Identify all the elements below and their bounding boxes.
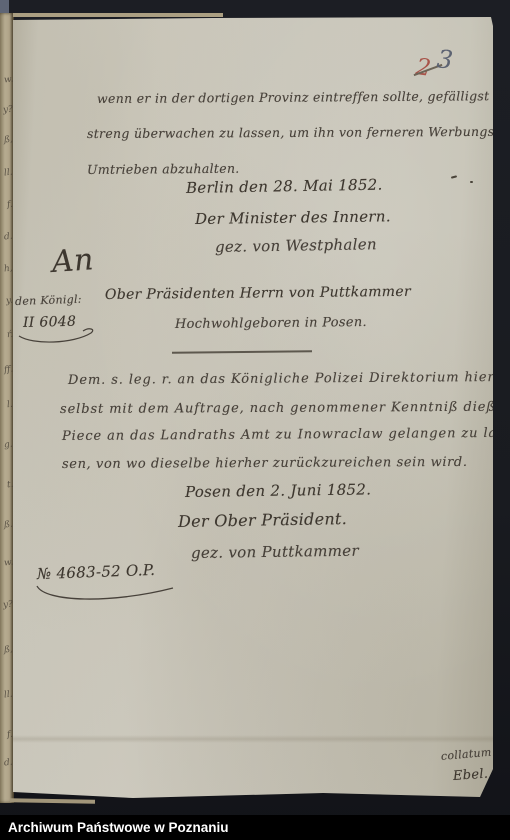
collation-initials: Ebel. [452, 767, 488, 784]
address-salutation: An [51, 242, 95, 280]
fragment-mark: y? [3, 600, 14, 611]
fragment-mark: ß, [4, 645, 14, 656]
address-line: Hochwohlgeboren in Posen. [175, 315, 367, 332]
fragment-mark: ll. [4, 168, 14, 179]
address-line: Ober Präsidenten Herrn von Puttkammer [105, 284, 411, 303]
fragment-mark: ŕ. [6, 330, 13, 341]
letter2-body-line: Dem. s. leg. r. an das Königliche Polize… [68, 370, 500, 388]
letter2-body-line: sen, von wo dieselbe hierher zurückzurei… [62, 455, 468, 472]
ink-mark [451, 175, 457, 178]
letter1-body-line: Umtrieben abzuhalten. [87, 161, 240, 177]
collation-note: collatum [440, 746, 492, 763]
file-reference-flourish [31, 582, 181, 606]
archive-scan-viewer: w.y?ß,ll.f.d.h,y.ŕ.ff.l.g.t.ß.w.y?ß,ll.f… [0, 0, 510, 840]
fragment-mark: t. [6, 480, 13, 491]
paper-crease [13, 735, 493, 743]
letter1-dateline: Berlin den 28. Mai 1852. [186, 176, 383, 197]
previous-page-edge: w.y?ß,ll.f.d.h,y.ŕ.ff.l.g.t.ß.w.y?ß,ll.f… [0, 13, 14, 803]
fragment-mark: d. [4, 758, 14, 769]
letter1-signature-name: gez. von Westphalen [215, 235, 377, 256]
letter1-body-line: streng überwachen zu lassen, um ihn von … [87, 124, 499, 141]
fragment-mark: w. [3, 75, 13, 86]
fragment-mark: h, [4, 264, 14, 275]
letter2-body-line: selbst mit dem Auftrage, nach genommener… [60, 400, 496, 417]
letter2-signature-role: Der Ober Präsident. [178, 509, 347, 531]
separator-rule [172, 350, 312, 353]
fragment-mark: d. [4, 232, 14, 243]
fragment-mark: f. [7, 730, 14, 741]
fragment-mark: ß, [4, 135, 14, 146]
letter1-signature-role: Der Minister des Innern. [195, 207, 391, 228]
manuscript-page: 2 3 wenn er in der dortigen Provinz eint… [13, 17, 493, 798]
archive-name-label: Archiwum Państwowe w Poznaniu [8, 815, 229, 840]
fragment-mark: ß. [4, 520, 14, 531]
fragment-mark: w. [3, 558, 13, 569]
fragment-mark: y? [3, 105, 14, 116]
ink-mark [470, 181, 473, 183]
letter2-body-line: Piece an das Landraths Amt zu Inowraclaw… [62, 426, 510, 444]
folio-number-new: 3 [436, 44, 455, 75]
address-margin-note: den Königl: [15, 293, 82, 308]
archive-watermark-bar: Archiwum Państwowe w Poznaniu [0, 815, 510, 840]
fragment-mark: l. [7, 400, 14, 411]
under-page-edge-bottom [10, 798, 95, 803]
fragment-mark: f. [7, 200, 14, 211]
fragment-mark: y. [6, 296, 14, 307]
letter2-dateline: Posen den 2. Juni 1852. [185, 480, 371, 501]
registry-number-flourish [15, 327, 101, 345]
letter2-signature-name: gez. von Puttkammer [191, 542, 359, 562]
under-page-edge-top [13, 13, 223, 17]
fragment-mark: ff. [3, 365, 13, 376]
fragment-mark: g. [4, 440, 14, 451]
letter1-body-line: wenn er in der dortigen Provinz eintreff… [97, 88, 490, 106]
file-reference: № 4683-52 O.P. [37, 561, 156, 583]
folio-number: 2 3 [416, 45, 466, 85]
fragment-mark: ll. [4, 690, 14, 701]
